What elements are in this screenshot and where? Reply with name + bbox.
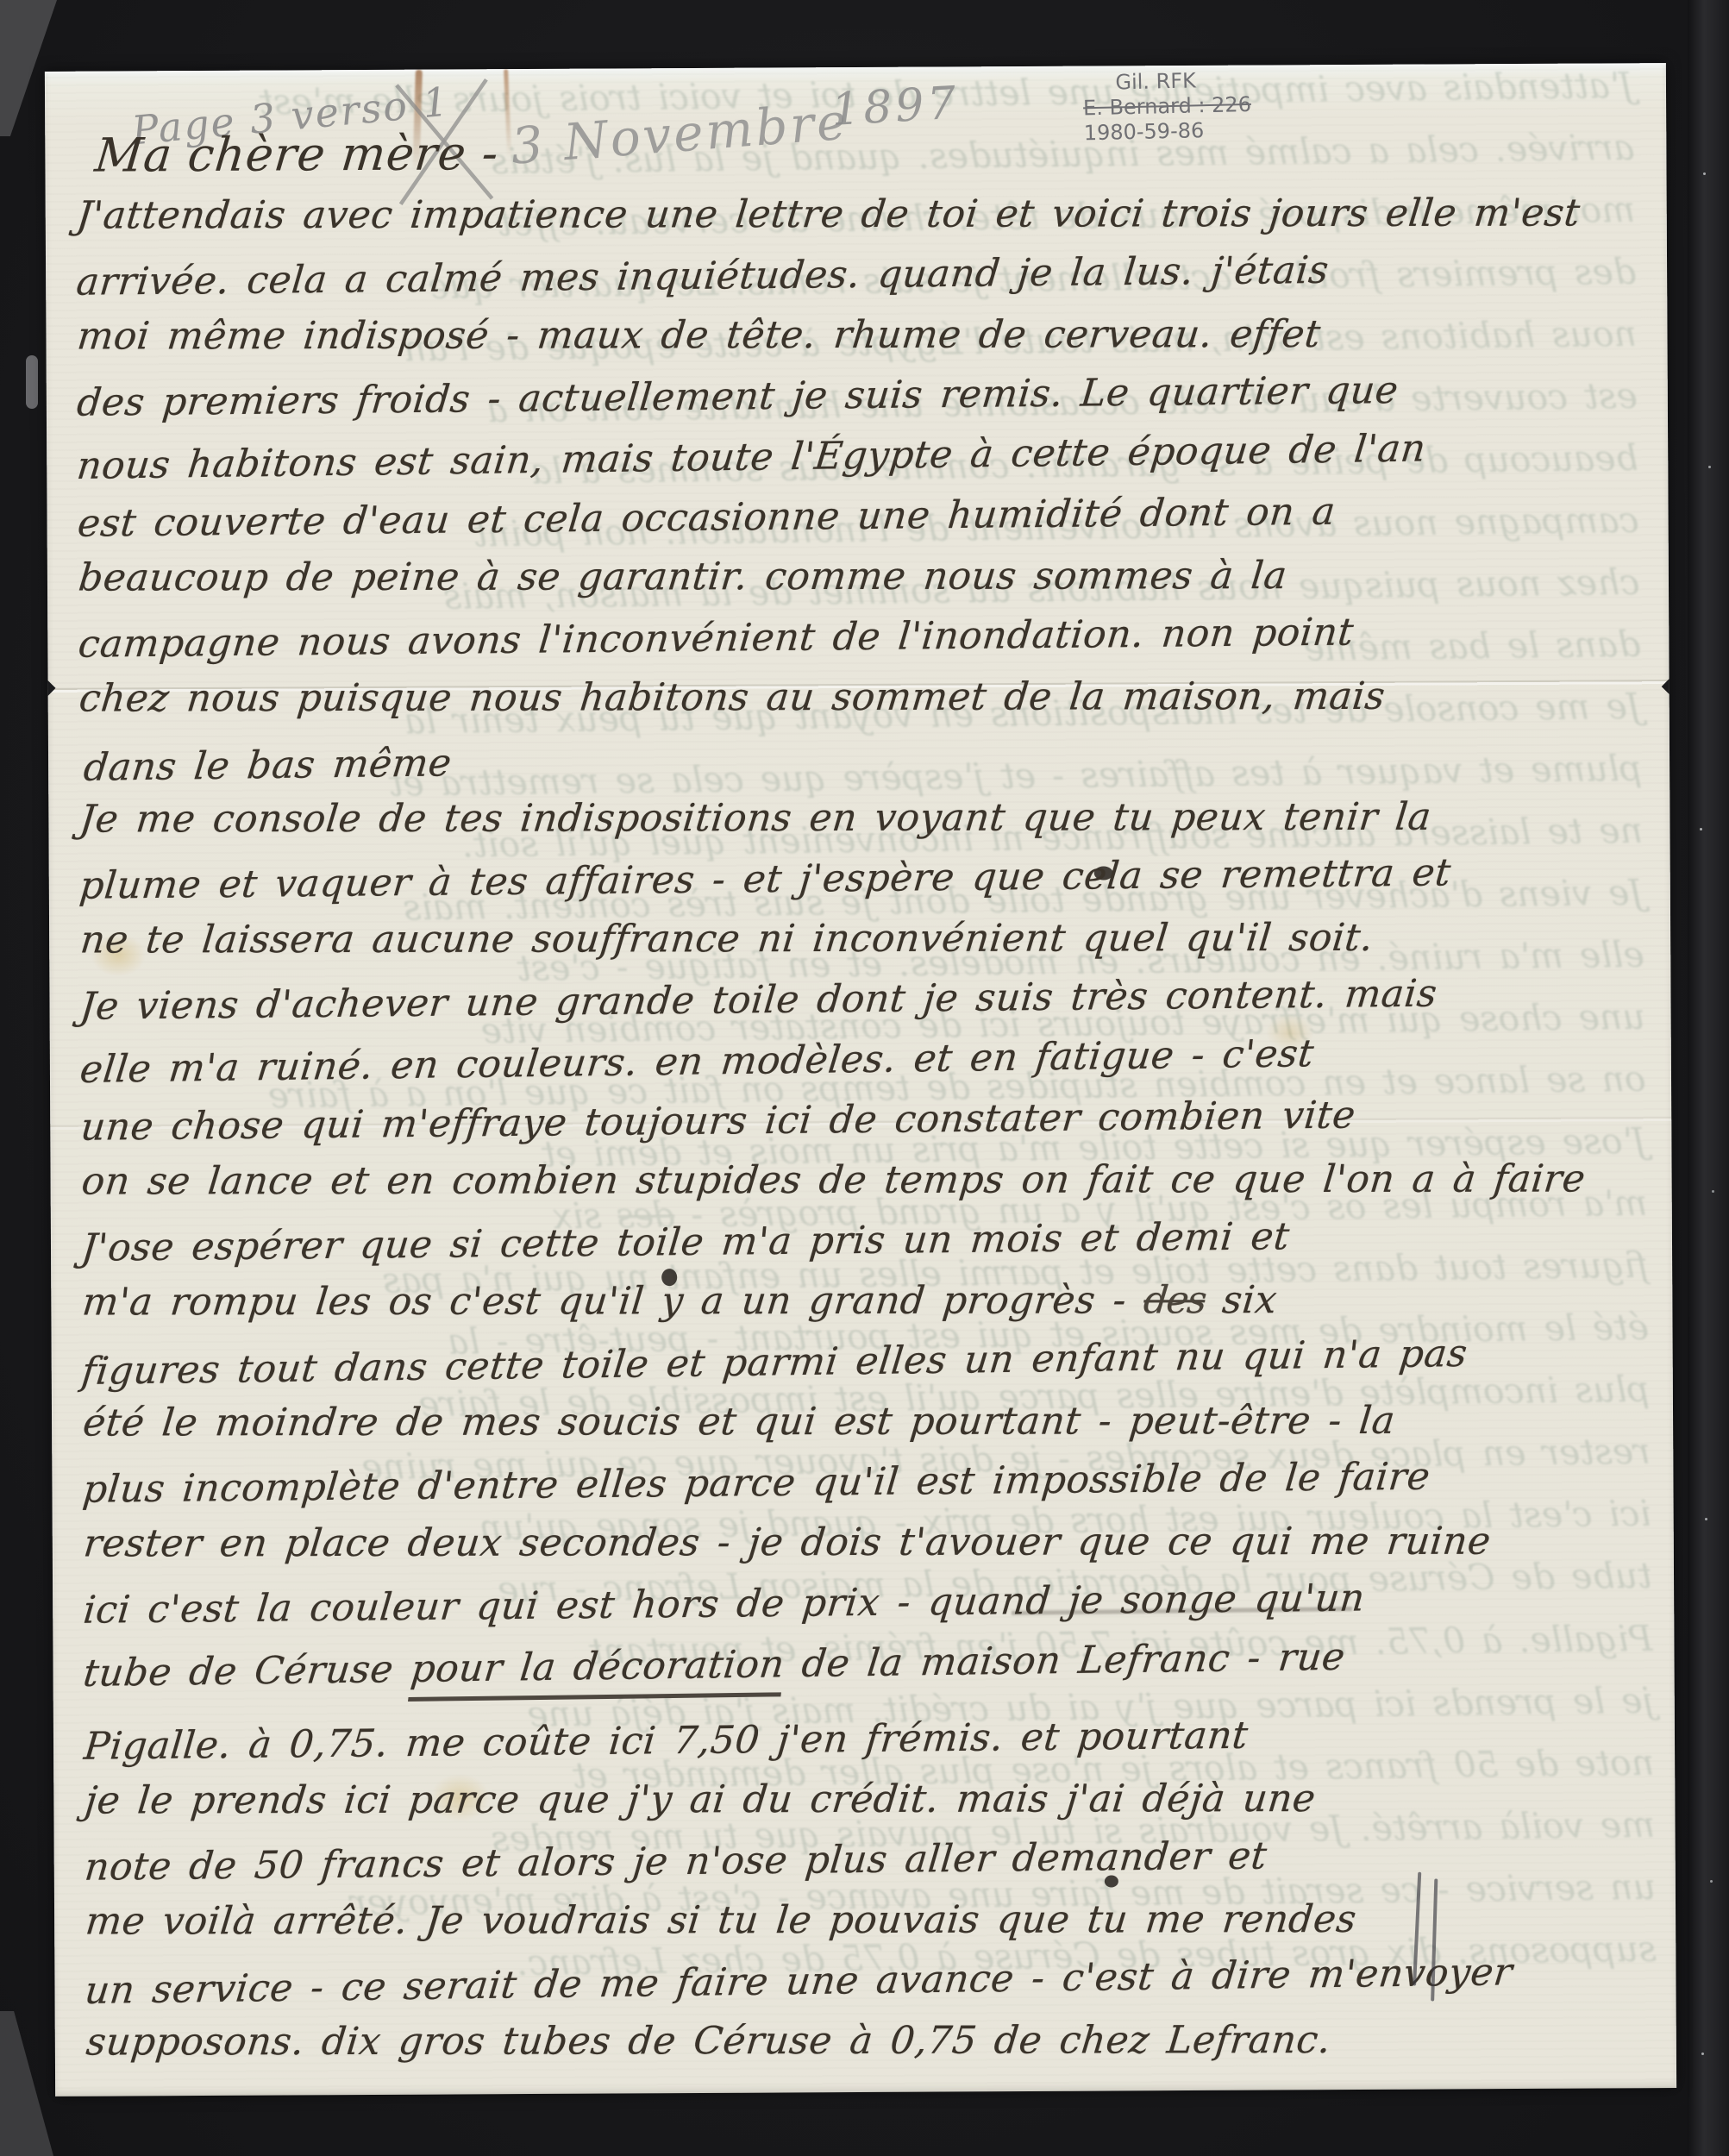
accession-line-1: Gil. RFK — [1082, 67, 1250, 96]
letter-line: Pigalle. à 0,75. me coûte ici 7,50 j'en … — [81, 1702, 1674, 1777]
letter-line: on se lance et en combien stupides de te… — [78, 1149, 1671, 1212]
letter-line: beaucoup de peine à se garantir. comme n… — [76, 545, 1669, 608]
photograph-canvas: J'attendais avec impatience une lettre d… — [0, 0, 1729, 2156]
letter-line: plume et vaquer à tes affaires - et j'es… — [77, 841, 1669, 917]
letter-line: été le moindre de mes soucis et qui est … — [80, 1390, 1673, 1453]
letter-line: arrivée. cela a calmé mes inquiétudes. q… — [73, 237, 1666, 313]
letter-line: campagne nous avons l'inconvénient de l'… — [76, 599, 1669, 675]
letter-line: Je me console de tes indispositions en v… — [77, 787, 1669, 849]
salutation: Ma chère mère - — [73, 115, 1667, 189]
letter-line: je le prends ici parce que j'y ai du cré… — [82, 1768, 1675, 1831]
letter-line: J'attendais avec impatience une lettre d… — [73, 183, 1666, 246]
letter-line: moi même indisposé - maux de tête. rhume… — [74, 304, 1667, 367]
right-edge-binding-strip — [1688, 0, 1729, 2156]
mat-edge-nick — [26, 355, 38, 409]
letter-paper: J'attendais avec impatience une lettre d… — [45, 63, 1676, 2096]
letter-line: plus incomplète d'entre elles parce qu'i… — [80, 1445, 1673, 1520]
letter-lines: J'attendais avec impatience une lettre d… — [77, 180, 1673, 2076]
letter-body: Ma chère mère - J'attendais avec impatie… — [76, 115, 1673, 2076]
paper-edge-nick-left — [45, 680, 56, 697]
letter-line: rester en place deux secondes - je dois … — [81, 1511, 1674, 1574]
letter-line: supposons. dix gros tubes de Céruse à 0,… — [84, 2009, 1676, 2072]
mat-corner-patch-bottom-left — [0, 2011, 53, 2156]
letter-line: J'ose espérer que si cette toile m'a pri… — [78, 1203, 1671, 1279]
letter-line: ne te laissera aucune souffrance ni inco… — [78, 907, 1670, 970]
